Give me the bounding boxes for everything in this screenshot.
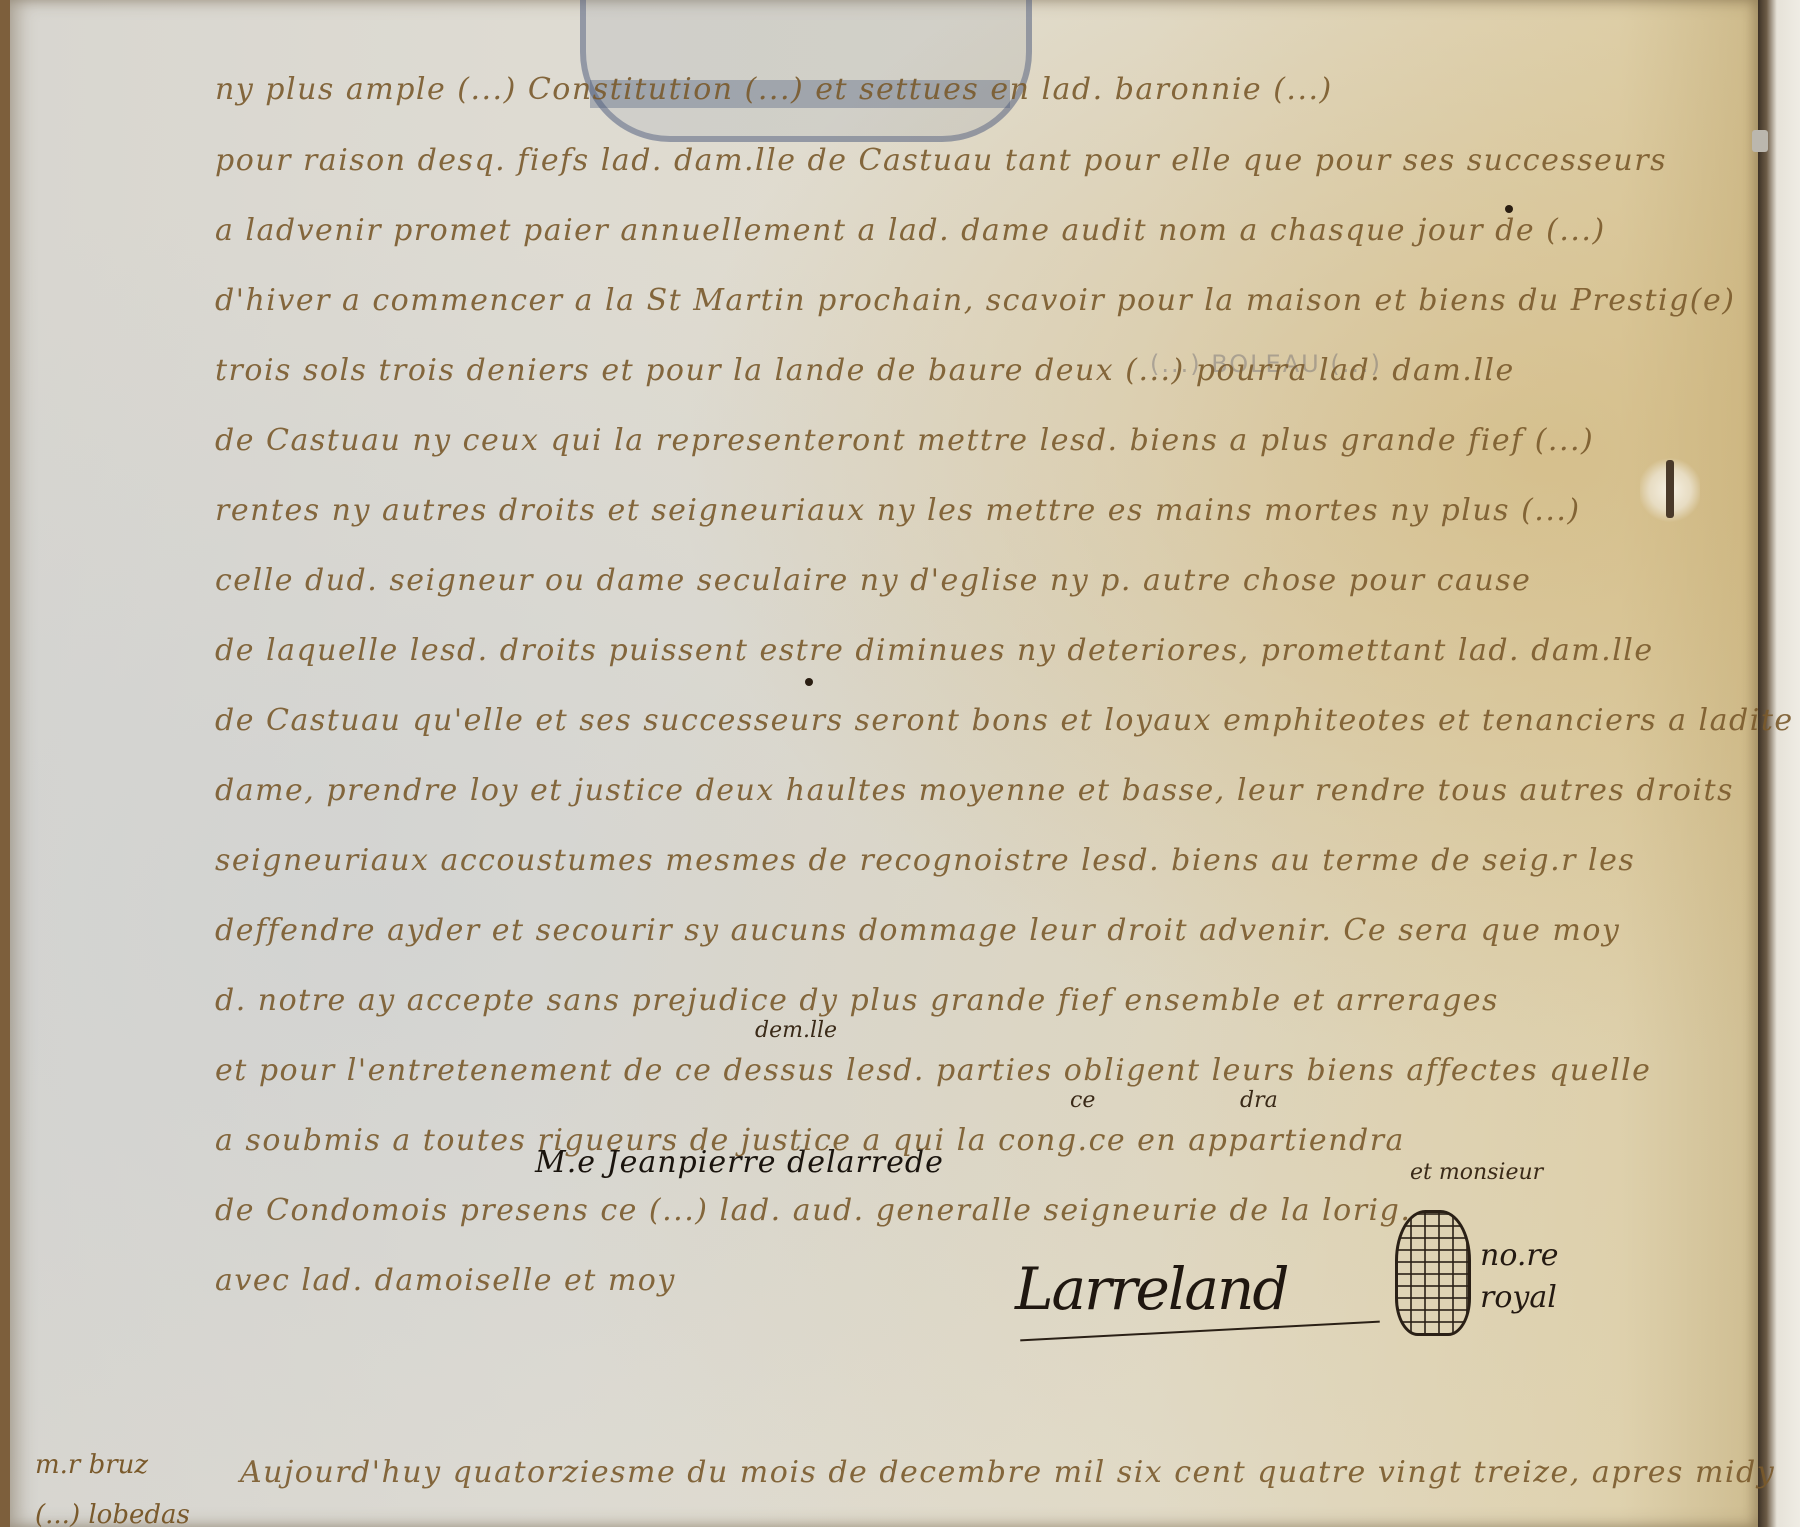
document-frame: (...) BOLEAU (...) ny plus ample (...) C… <box>0 0 1800 1527</box>
text-line-3: a ladvenir promet paier annuellement a l… <box>215 213 1606 248</box>
next-act-opening-line: Aujourd'huy quatorziesme du mois de dece… <box>240 1455 1775 1490</box>
notary-title-line2: royal <box>1480 1277 1559 1319</box>
text-line-13: deffendre ayder et secourir sy aucuns do… <box>215 913 1620 948</box>
interlinear-note: dra <box>1240 1088 1278 1113</box>
text-line-6: de Castuau ny ceux qui la representeront… <box>215 423 1594 458</box>
notary-paraph-flourish <box>1395 1210 1471 1336</box>
text-line-14: d. notre ay accepte sans prejudice dy pl… <box>215 983 1499 1018</box>
text-line-8: celle dud. seigneur ou dame seculaire ny… <box>215 563 1531 598</box>
text-line-5: trois sols trois deniers et pour la land… <box>215 353 1515 388</box>
text-line-9: de laquelle lesd. droits puissent estre … <box>215 633 1654 668</box>
notary-signature: Larreland <box>1015 1255 1287 1323</box>
notary-title: no.re royal <box>1480 1235 1559 1319</box>
text-line-7: rentes ny autres droits et seigneuriaux … <box>215 493 1581 528</box>
page-fold-edge <box>1758 0 1800 1527</box>
parchment-hole-damage <box>1640 455 1700 525</box>
tax-stamp-seal <box>580 0 1032 142</box>
interlinear-note: dem.lle <box>755 1018 837 1043</box>
text-line-18: avec lad. damoiselle et moy <box>215 1263 676 1298</box>
margin-note: (...) lobedas <box>35 1500 190 1527</box>
text-line-10: de Castuau qu'elle et ses successeurs se… <box>215 703 1794 738</box>
ink-blot <box>805 678 813 686</box>
text-line-4: d'hiver a commencer a la St Martin proch… <box>215 283 1735 318</box>
binding-stitch <box>1752 130 1768 152</box>
text-line-1: ny plus ample (...) Constitution (...) e… <box>215 72 1333 107</box>
interlinear-note: et monsieur <box>1410 1160 1543 1185</box>
interlinear-note: ce <box>1070 1088 1095 1113</box>
notary-title-line1: no.re <box>1480 1235 1559 1277</box>
ink-blot <box>1505 205 1513 213</box>
text-line-15: et pour l'entretenement de ce dessus les… <box>215 1053 1651 1088</box>
margin-note: m.r bruz <box>35 1450 148 1480</box>
text-line-12: seigneuriaux accoustumes mesmes de recog… <box>215 843 1635 878</box>
witness-signature: M.e Jeanpierre delarrede <box>535 1145 944 1180</box>
text-line-2: pour raison desq. fiefs lad. dam.lle de … <box>215 143 1667 178</box>
text-line-17: de Condomois presens ce (...) lad. aud. … <box>215 1193 1411 1228</box>
text-line-11: dame, prendre loy et justice deux haulte… <box>215 773 1734 808</box>
